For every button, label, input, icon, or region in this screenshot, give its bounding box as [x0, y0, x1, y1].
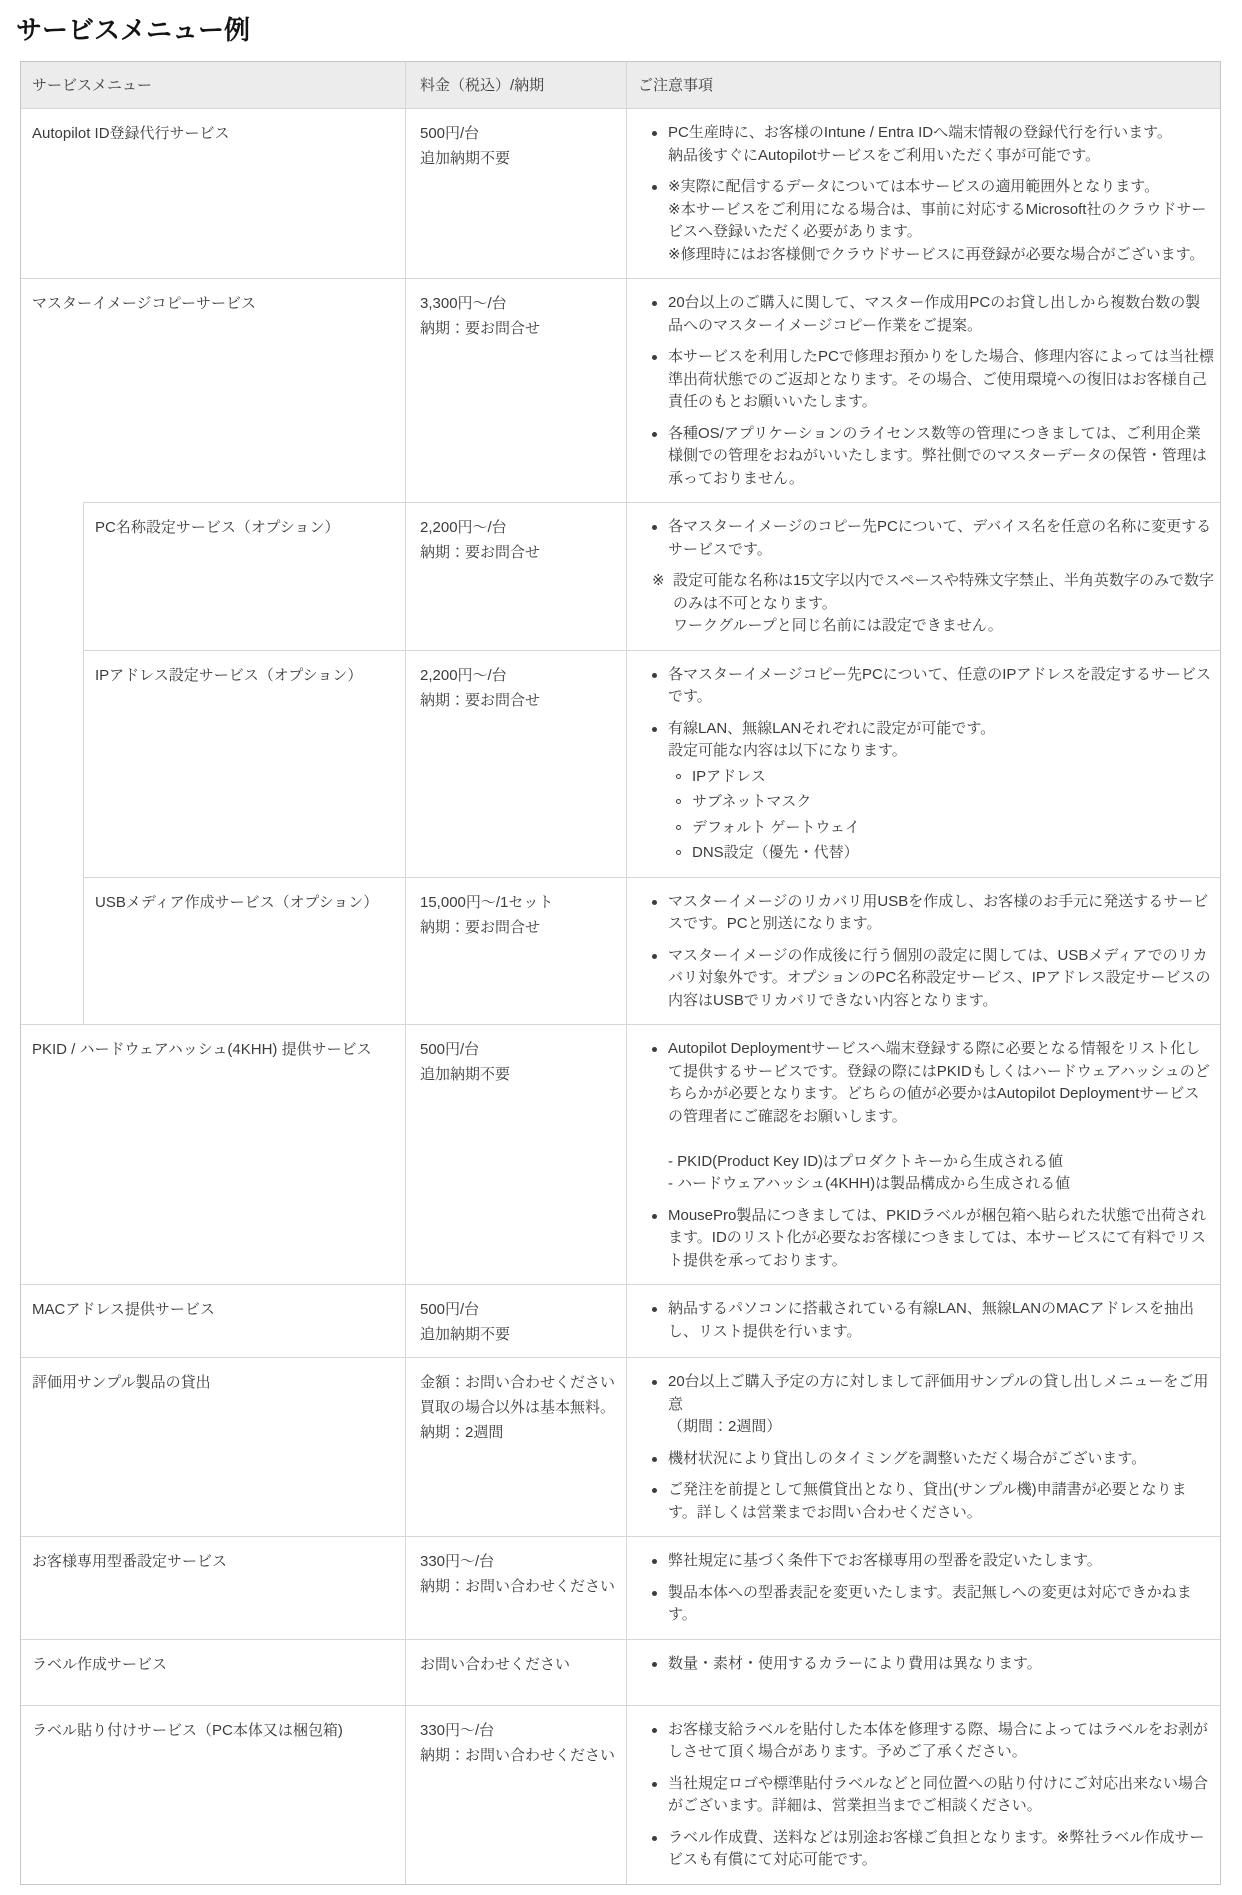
service-name-cell: お客様専用型番設定サービス	[21, 1536, 405, 1639]
table-row: IPアドレス設定サービス（オプション）2,200円～/台納期：要お問合せ各マスタ…	[21, 650, 1220, 877]
note-item: 各種OS/アプリケーションのライセンス数等の管理につきましては、ご利用企業様側で…	[652, 423, 1214, 491]
bullet-icon	[652, 1214, 657, 1219]
sub-list-item: DNS設定（優先・代替）	[676, 842, 1214, 865]
price-line: 納期：お問い合わせください	[420, 1574, 620, 1599]
price-cell: 2,200円～/台納期：要お問合せ	[405, 502, 626, 650]
note-text: 当社規定ロゴや標準貼付ラベルなどと同位置への貼り付けにご対応出来ない場合がござい…	[668, 1773, 1214, 1818]
bullet-icon	[652, 954, 657, 959]
note-line: 各マスターイメージのコピー先PCについて、デバイス名を任意の名称に変更するサービ…	[668, 516, 1214, 561]
note-line: 当社規定ロゴや標準貼付ラベルなどと同位置への貼り付けにご対応出来ない場合がござい…	[668, 1773, 1214, 1818]
note-text: 20台以上のご購入に関して、マスター作成用PCのお貸し出しから複数台数の製品への…	[668, 292, 1214, 337]
bullet-icon	[652, 131, 657, 136]
bullet-marker	[652, 891, 668, 936]
circle-marker	[676, 842, 692, 865]
price-line: 330円～/台	[420, 1718, 620, 1743]
service-name: IPアドレス設定サービス（オプション）	[95, 663, 399, 688]
bullet-marker	[652, 1371, 668, 1439]
sub-list-text: IPアドレス	[692, 766, 766, 789]
table-row: Autopilot ID登録代行サービス500円/台追加納期不要PC生産時に、お…	[21, 108, 1220, 278]
price-line: 330円～/台	[420, 1549, 620, 1574]
service-name: お客様専用型番設定サービス	[32, 1549, 399, 1574]
notes-cell: 各マスターイメージのコピー先PCについて、デバイス名を任意の名称に変更するサービ…	[626, 502, 1220, 650]
table-row: マスターイメージコピーサービス3,300円～/台納期：要お問合せ20台以上のご購…	[21, 278, 1220, 502]
note-text: ご発注を前提として無償貸出となり、貸出(サンプル機)申請書が必要となります。詳し…	[668, 1479, 1214, 1524]
price-line: 追加納期不要	[420, 146, 620, 171]
table-row: PC名称設定サービス（オプション）2,200円～/台納期：要お問合せ各マスターイ…	[21, 502, 1220, 650]
sub-list-text: DNS設定（優先・代替）	[692, 842, 859, 865]
note-item: 製品本体への型番表記を変更いたします。表記無しへの変更は対応できかねます。	[652, 1582, 1214, 1627]
price-cell: 金額：お問い合わせください買取の場合以外は基本無料。納期：2週間	[405, 1357, 626, 1536]
price-line: 追加納期不要	[420, 1322, 620, 1347]
bullet-marker	[652, 1205, 668, 1273]
bullet-marker	[652, 292, 668, 337]
bullet-icon	[652, 1591, 657, 1596]
bullet-icon	[652, 1307, 657, 1312]
service-name-cell: USBメディア作成サービス（オプション）	[83, 877, 405, 1025]
note-item: 納品するパソコンに搭載されている有線LAN、無線LANのMACアドレスを抽出し、…	[652, 1298, 1214, 1343]
note-item: ※設定可能な名称は15文字以内でスペースや特殊文字禁止、半角英数字のみで数字のみ…	[652, 570, 1214, 638]
note-item: 機材状況により貸出しのタイミングを調整いただく場合がございます。	[652, 1448, 1214, 1471]
notes-cell: 納品するパソコンに搭載されている有線LAN、無線LANのMACアドレスを抽出し、…	[626, 1284, 1220, 1357]
note-line: 有線LAN、無線LANそれぞれに設定が可能です。	[668, 718, 1214, 741]
note-text: 各種OS/アプリケーションのライセンス数等の管理につきましては、ご利用企業様側で…	[668, 423, 1214, 491]
note-line: ラベル作成費、送料などは別途お客様ご負担となります。※弊社ラベル作成サービスも有…	[668, 1827, 1214, 1872]
note-item: 20台以上ご購入予定の方に対しまして評価用サンプルの貸し出しメニューをご用意（期…	[652, 1371, 1214, 1439]
note-line: 各種OS/アプリケーションのライセンス数等の管理につきましては、ご利用企業様側で…	[668, 423, 1214, 491]
bullet-marker	[652, 346, 668, 414]
service-name-cell: ラベル貼り付けサービス（PC本体又は梱包箱)	[21, 1705, 405, 1884]
bullet-marker	[652, 1038, 668, 1196]
note-text: ※実際に配信するデータについては本サービスの適用範囲外となります。※本サービスを…	[668, 176, 1214, 266]
table-row: PKID / ハードウェアハッシュ(4KHH) 提供サービス500円/台追加納期…	[21, 1024, 1220, 1284]
bullet-marker	[652, 1298, 668, 1343]
table-row: ラベル作成サービスお問い合わせください数量・素材・使用するカラーにより費用は異な…	[21, 1639, 1220, 1705]
price-line: 金額：お問い合わせください	[420, 1370, 620, 1395]
note-text: マスターイメージの作成後に行う個別の設定に関しては、USBメディアでのリカバリ対…	[668, 945, 1214, 1013]
note-item: お客様支給ラベルを貼付した本体を修理する際、場合によってはラベルをお剥がしさせて…	[652, 1719, 1214, 1764]
sub-list: IPアドレスサブネットマスクデフォルト ゲートウェイDNS設定（優先・代替）	[676, 766, 1214, 865]
note-line: 20台以上ご購入予定の方に対しまして評価用サンプルの貸し出しメニューをご用意	[668, 1371, 1214, 1416]
note-line: MousePro製品につきましては、PKIDラベルが梱包箱へ貼られた状態で出荷さ…	[668, 1205, 1214, 1273]
sub-list-text: サブネットマスク	[692, 791, 811, 814]
bullet-marker	[652, 1582, 668, 1627]
bullet-marker	[652, 1479, 668, 1524]
price-cell: 2,200円～/台納期：要お問合せ	[405, 650, 626, 877]
sub-list-item: デフォルト ゲートウェイ	[676, 817, 1214, 840]
service-name-cell: ラベル作成サービス	[21, 1639, 405, 1705]
note-line: 20台以上のご購入に関して、マスター作成用PCのお貸し出しから複数台数の製品への…	[668, 292, 1214, 337]
service-name: マスターイメージコピーサービス	[32, 291, 399, 316]
page-title: サービスメニュー例	[16, 14, 1222, 46]
notes-cell: PC生産時に、お客様のIntune / Entra IDへ端末情報の登録代行を行…	[626, 108, 1220, 278]
note-line: ご発注を前提として無償貸出となり、貸出(サンプル機)申請書が必要となります。詳し…	[668, 1479, 1214, 1524]
bullet-icon	[652, 1782, 657, 1787]
note-text: 設定可能な名称は15文字以内でスペースや特殊文字禁止、半角英数字のみで数字のみは…	[673, 570, 1214, 638]
note-text: 数量・素材・使用するカラーにより費用は異なります。	[668, 1653, 1214, 1676]
price-cell: 500円/台追加納期不要	[405, 1284, 626, 1357]
note-line: - PKID(Product Key ID)はプロダクトキーから生成される値	[668, 1151, 1214, 1174]
bullet-marker	[652, 516, 668, 561]
price-line: 納期：2週間	[420, 1420, 620, 1445]
bullet-marker	[652, 423, 668, 491]
bullet-icon	[652, 673, 657, 678]
service-name-cell: Autopilot ID登録代行サービス	[21, 108, 405, 278]
bullet-icon	[652, 432, 657, 437]
price-line: 500円/台	[420, 1297, 620, 1322]
header-notes: ご注意事項	[626, 62, 1220, 108]
note-text: 機材状況により貸出しのタイミングを調整いただく場合がございます。	[668, 1448, 1214, 1471]
notes-cell: 弊社規定に基づく条件下でお客様専用の型番を設定いたします。製品本体への型番表記を…	[626, 1536, 1220, 1639]
bullet-icon	[652, 727, 657, 732]
circle-marker	[676, 791, 692, 814]
indent-spacer	[21, 877, 83, 1025]
note-text: 本サービスを利用したPCで修理お預かりをした場合、修理内容によっては当社標準出荷…	[668, 346, 1214, 414]
table-row: ラベル貼り付けサービス（PC本体又は梱包箱)330円～/台納期：お問い合わせくだ…	[21, 1705, 1220, 1884]
note-item: 有線LAN、無線LANそれぞれに設定が可能です。設定可能な内容は以下になります。…	[652, 718, 1214, 865]
bullet-icon	[652, 301, 657, 306]
bullet-marker	[652, 1773, 668, 1818]
note-item: ラベル作成費、送料などは別途お客様ご負担となります。※弊社ラベル作成サービスも有…	[652, 1827, 1214, 1872]
note-item: 当社規定ロゴや標準貼付ラベルなどと同位置への貼り付けにご対応出来ない場合がござい…	[652, 1773, 1214, 1818]
note-text: 有線LAN、無線LANそれぞれに設定が可能です。設定可能な内容は以下になります。…	[668, 718, 1214, 865]
service-name: PKID / ハードウェアハッシュ(4KHH) 提供サービス	[32, 1037, 399, 1062]
header-service-menu: サービスメニュー	[21, 62, 405, 108]
sub-list-item: サブネットマスク	[676, 791, 1214, 814]
table-row: お客様専用型番設定サービス330円～/台納期：お問い合わせください弊社規定に基づ…	[21, 1536, 1220, 1639]
notes-cell: 数量・素材・使用するカラーにより費用は異なります。	[626, 1639, 1220, 1705]
note-line: ワークグループと同じ名前には設定できません。	[673, 615, 1214, 638]
note-line: ※本サービスをご利用になる場合は、事前に対応するMicrosoft社のクラウドサ…	[668, 199, 1214, 244]
table-row: MACアドレス提供サービス500円/台追加納期不要納品するパソコンに搭載されてい…	[21, 1284, 1220, 1357]
notes-cell: Autopilot Deploymentサービスへ端末登録する際に必要となる情報…	[626, 1024, 1220, 1284]
price-line: 2,200円～/台	[420, 515, 620, 540]
note-line: 納品するパソコンに搭載されている有線LAN、無線LANのMACアドレスを抽出し、…	[668, 1298, 1214, 1343]
bullet-icon	[652, 1380, 657, 1385]
price-cell: 330円～/台納期：お問い合わせください	[405, 1536, 626, 1639]
service-name-cell: マスターイメージコピーサービス	[21, 278, 405, 502]
price-line: 追加納期不要	[420, 1062, 620, 1087]
note-item: ※実際に配信するデータについては本サービスの適用範囲外となります。※本サービスを…	[652, 176, 1214, 266]
service-name: USBメディア作成サービス（オプション）	[95, 890, 399, 915]
service-name-cell: PKID / ハードウェアハッシュ(4KHH) 提供サービス	[21, 1024, 405, 1284]
note-text: 各マスターイメージのコピー先PCについて、デバイス名を任意の名称に変更するサービ…	[668, 516, 1214, 561]
note-text: 納品するパソコンに搭載されている有線LAN、無線LANのMACアドレスを抽出し、…	[668, 1298, 1214, 1343]
sub-list-text: デフォルト ゲートウェイ	[692, 817, 860, 840]
note-line	[668, 1128, 1214, 1151]
note-item: 弊社規定に基づく条件下でお客様専用の型番を設定いたします。	[652, 1550, 1214, 1573]
note-line: マスターイメージの作成後に行う個別の設定に関しては、USBメディアでのリカバリ対…	[668, 945, 1214, 1013]
bullet-marker	[652, 1719, 668, 1764]
note-line: マスターイメージのリカバリ用USBを作成し、お客様のお手元に発送するサービスです…	[668, 891, 1214, 936]
service-name: 評価用サンプル製品の貸出	[32, 1370, 399, 1395]
price-cell: お問い合わせください	[405, 1639, 626, 1705]
bullet-icon	[652, 1662, 657, 1667]
note-text: お客様支給ラベルを貼付した本体を修理する際、場合によってはラベルをお剥がしさせて…	[668, 1719, 1214, 1764]
note-line: 設定可能な内容は以下になります。	[668, 740, 1214, 763]
indent-spacer	[21, 650, 83, 877]
price-line: 納期：お問い合わせください	[420, 1743, 620, 1768]
note-line: PC生産時に、お客様のIntune / Entra IDへ端末情報の登録代行を行…	[668, 122, 1214, 145]
sub-list-item: IPアドレス	[676, 766, 1214, 789]
note-item: 20台以上のご購入に関して、マスター作成用PCのお貸し出しから複数台数の製品への…	[652, 292, 1214, 337]
bullet-icon	[652, 900, 657, 905]
note-line: 本サービスを利用したPCで修理お預かりをした場合、修理内容によっては当社標準出荷…	[668, 346, 1214, 414]
note-text: MousePro製品につきましては、PKIDラベルが梱包箱へ貼られた状態で出荷さ…	[668, 1205, 1214, 1273]
note-line: （期間：2週間）	[668, 1416, 1214, 1439]
table-body: Autopilot ID登録代行サービス500円/台追加納期不要PC生産時に、お…	[21, 108, 1220, 1884]
table-header-row: サービスメニュー 料金（税込）/納期 ご注意事項	[21, 62, 1220, 108]
indent-spacer	[21, 502, 83, 650]
note-text: Autopilot Deploymentサービスへ端末登録する際に必要となる情報…	[668, 1038, 1214, 1196]
price-cell: 330円～/台納期：お問い合わせください	[405, 1705, 626, 1884]
table-row: 評価用サンプル製品の貸出金額：お問い合わせください買取の場合以外は基本無料。納期…	[21, 1357, 1220, 1536]
note-line: ※実際に配信するデータについては本サービスの適用範囲外となります。	[668, 176, 1214, 199]
note-text: PC生産時に、お客様のIntune / Entra IDへ端末情報の登録代行を行…	[668, 122, 1214, 167]
note-item: マスターイメージの作成後に行う個別の設定に関しては、USBメディアでのリカバリ対…	[652, 945, 1214, 1013]
service-name: MACアドレス提供サービス	[32, 1297, 399, 1322]
note-asterisk-marker: ※	[652, 570, 673, 638]
price-cell: 15,000円～/1セット納期：要お問合せ	[405, 877, 626, 1025]
note-text: 製品本体への型番表記を変更いたします。表記無しへの変更は対応できかねます。	[668, 1582, 1214, 1627]
note-text: 各マスターイメージコピー先PCについて、任意のIPアドレスを設定するサービスです…	[668, 664, 1214, 709]
service-name-cell: PC名称設定サービス（オプション）	[83, 502, 405, 650]
price-line: 500円/台	[420, 121, 620, 146]
note-item: MousePro製品につきましては、PKIDラベルが梱包箱へ貼られた状態で出荷さ…	[652, 1205, 1214, 1273]
bullet-marker	[652, 1448, 668, 1471]
notes-cell: 20台以上のご購入に関して、マスター作成用PCのお貸し出しから複数台数の製品への…	[626, 278, 1220, 502]
note-line: ※修理時にはお客様側でクラウドサービスに再登録が必要な場合がございます。	[668, 244, 1214, 267]
circle-icon	[676, 850, 681, 855]
price-line: 3,300円～/台	[420, 291, 620, 316]
note-item: 本サービスを利用したPCで修理お預かりをした場合、修理内容によっては当社標準出荷…	[652, 346, 1214, 414]
service-name-cell: 評価用サンプル製品の貸出	[21, 1357, 405, 1536]
note-line: 製品本体への型番表記を変更いたします。表記無しへの変更は対応できかねます。	[668, 1582, 1214, 1627]
price-cell: 3,300円～/台納期：要お問合せ	[405, 278, 626, 502]
note-text: 20台以上ご購入予定の方に対しまして評価用サンプルの貸し出しメニューをご用意（期…	[668, 1371, 1214, 1439]
service-name: ラベル作成サービス	[32, 1652, 399, 1677]
bullet-marker	[652, 176, 668, 266]
circle-marker	[676, 766, 692, 789]
price-cell: 500円/台追加納期不要	[405, 1024, 626, 1284]
note-item: 数量・素材・使用するカラーにより費用は異なります。	[652, 1653, 1214, 1676]
note-line: Autopilot Deploymentサービスへ端末登録する際に必要となる情報…	[668, 1038, 1214, 1128]
service-name: ラベル貼り付けサービス（PC本体又は梱包箱)	[32, 1718, 399, 1743]
note-text: マスターイメージのリカバリ用USBを作成し、お客様のお手元に発送するサービスです…	[668, 891, 1214, 936]
service-name: Autopilot ID登録代行サービス	[32, 121, 399, 146]
note-line: お客様支給ラベルを貼付した本体を修理する際、場合によってはラベルをお剥がしさせて…	[668, 1719, 1214, 1764]
price-line: 買取の場合以外は基本無料。	[420, 1395, 620, 1420]
price-line: お問い合わせください	[420, 1652, 620, 1677]
header-price-delivery: 料金（税込）/納期	[405, 62, 626, 108]
bullet-icon	[652, 1559, 657, 1564]
price-cell: 500円/台追加納期不要	[405, 108, 626, 278]
notes-cell: お客様支給ラベルを貼付した本体を修理する際、場合によってはラベルをお剥がしさせて…	[626, 1705, 1220, 1884]
price-line: 2,200円～/台	[420, 663, 620, 688]
bullet-marker	[652, 1550, 668, 1573]
bullet-icon	[652, 1047, 657, 1052]
note-item: 各マスターイメージコピー先PCについて、任意のIPアドレスを設定するサービスです…	[652, 664, 1214, 709]
service-name: PC名称設定サービス（オプション）	[95, 515, 399, 540]
bullet-marker	[652, 1827, 668, 1872]
note-item: マスターイメージのリカバリ用USBを作成し、お客様のお手元に発送するサービスです…	[652, 891, 1214, 936]
note-item: ご発注を前提として無償貸出となり、貸出(サンプル機)申請書が必要となります。詳し…	[652, 1479, 1214, 1524]
note-line: 数量・素材・使用するカラーにより費用は異なります。	[668, 1653, 1214, 1676]
price-line: 15,000円～/1セット	[420, 890, 620, 915]
bullet-marker	[652, 664, 668, 709]
price-line: 納期：要お問合せ	[420, 316, 620, 341]
note-item: Autopilot Deploymentサービスへ端末登録する際に必要となる情報…	[652, 1038, 1214, 1196]
bullet-marker	[652, 1653, 668, 1676]
note-line: 納品後すぐにAutopilotサービスをご利用いただく事が可能です。	[668, 145, 1214, 168]
bullet-icon	[652, 1836, 657, 1841]
price-line: 納期：要お問合せ	[420, 540, 620, 565]
notes-cell: 各マスターイメージコピー先PCについて、任意のIPアドレスを設定するサービスです…	[626, 650, 1220, 877]
price-line: 500円/台	[420, 1037, 620, 1062]
note-line: - ハードウェアハッシュ(4KHH)は製品構成から生成される値	[668, 1173, 1214, 1196]
circle-icon	[676, 774, 681, 779]
bullet-icon	[652, 355, 657, 360]
note-text: ラベル作成費、送料などは別途お客様ご負担となります。※弊社ラベル作成サービスも有…	[668, 1827, 1214, 1872]
bullet-marker	[652, 945, 668, 1013]
bullet-icon	[652, 1728, 657, 1733]
bullet-icon	[652, 1457, 657, 1462]
note-line: 機材状況により貸出しのタイミングを調整いただく場合がございます。	[668, 1448, 1214, 1471]
note-item: 各マスターイメージのコピー先PCについて、デバイス名を任意の名称に変更するサービ…	[652, 516, 1214, 561]
note-line: 設定可能な名称は15文字以内でスペースや特殊文字禁止、半角英数字のみで数字のみは…	[673, 570, 1214, 615]
notes-cell: 20台以上ご購入予定の方に対しまして評価用サンプルの貸し出しメニューをご用意（期…	[626, 1357, 1220, 1536]
bullet-icon	[652, 525, 657, 530]
note-line: 弊社規定に基づく条件下でお客様専用の型番を設定いたします。	[668, 1550, 1214, 1573]
bullet-marker	[652, 122, 668, 167]
service-name-cell: IPアドレス設定サービス（オプション）	[83, 650, 405, 877]
page: サービスメニュー例 サービスメニュー 料金（税込）/納期 ご注意事項 Autop…	[0, 0, 1242, 1895]
service-table: サービスメニュー 料金（税込）/納期 ご注意事項 Autopilot ID登録代…	[20, 61, 1221, 1885]
table-row: USBメディア作成サービス（オプション）15,000円～/1セット納期：要お問合…	[21, 877, 1220, 1025]
note-item: PC生産時に、お客様のIntune / Entra IDへ端末情報の登録代行を行…	[652, 122, 1214, 167]
bullet-icon	[652, 185, 657, 190]
note-text: 弊社規定に基づく条件下でお客様専用の型番を設定いたします。	[668, 1550, 1214, 1573]
price-line: 納期：要お問合せ	[420, 688, 620, 713]
price-line: 納期：要お問合せ	[420, 915, 620, 940]
note-line: 各マスターイメージコピー先PCについて、任意のIPアドレスを設定するサービスです…	[668, 664, 1214, 709]
bullet-icon	[652, 1488, 657, 1493]
bullet-marker	[652, 718, 668, 865]
circle-marker	[676, 817, 692, 840]
notes-cell: マスターイメージのリカバリ用USBを作成し、お客様のお手元に発送するサービスです…	[626, 877, 1220, 1025]
service-name-cell: MACアドレス提供サービス	[21, 1284, 405, 1357]
circle-icon	[676, 799, 681, 804]
circle-icon	[676, 825, 681, 830]
